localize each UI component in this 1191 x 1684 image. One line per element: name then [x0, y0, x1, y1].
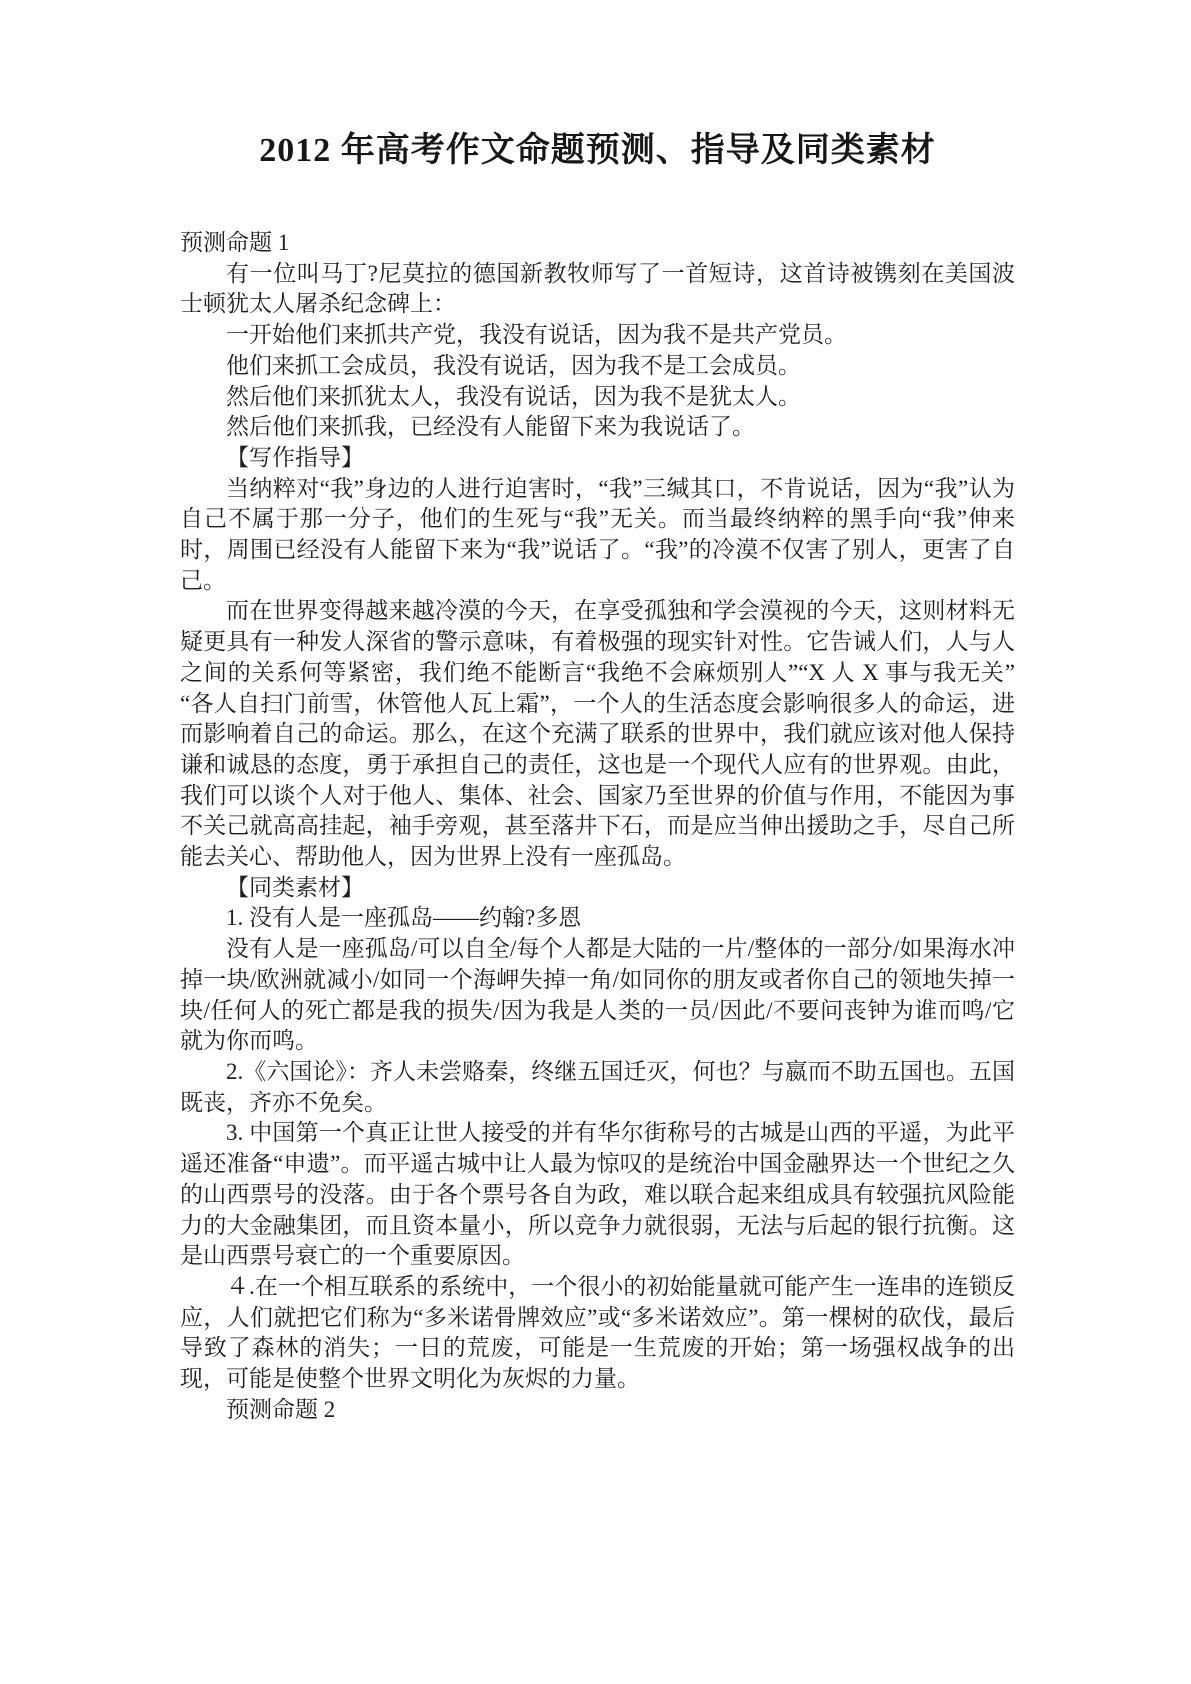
- paragraph-poem-line-3: 然后他们来抓犹太人，我没有说话，因为我不是犹太人。: [180, 382, 1015, 413]
- paragraph-intro: 有一位叫马丁?尼莫拉的德国新教牧师写了一首短诗，这首诗被镌刻在美国波士顿犹太人屠…: [180, 259, 1015, 320]
- section-heading-similar-materials: 【同类素材】: [180, 873, 1015, 904]
- paragraph-topic-label-2: 预测命题 2: [180, 1395, 1015, 1426]
- paragraph-guidance-2: 而在世界变得越来越冷漠的今天，在享受孤独和学会漠视的今天，这则材料无疑更具有一种…: [180, 596, 1015, 872]
- paragraph-material-1-body: 没有人是一座孤岛/可以自全/每个人都是大陆的一片/整体的一部分/如果海水冲掉一块…: [180, 934, 1015, 1057]
- paragraph-poem-line-4: 然后他们来抓我，已经没有人能留下来为我说话了。: [180, 412, 1015, 443]
- document-body: 预测命题 1 有一位叫马丁?尼莫拉的德国新教牧师写了一首短诗，这首诗被镌刻在美国…: [180, 228, 1015, 1425]
- paragraph-material-2: 2.《六国论》：齐人未尝赂秦，终继五国迁灭，何也？与嬴而不助五国也。五国既丧，齐…: [180, 1057, 1015, 1118]
- paragraph-topic-label-1: 预测命题 1: [180, 228, 1015, 259]
- paragraph-material-1-title: 1. 没有人是一座孤岛——约翰?多恩: [180, 903, 1015, 934]
- section-heading-writing-guidance: 【写作指导】: [180, 443, 1015, 474]
- paragraph-material-3: 3. 中国第一个真正让世人接受的并有华尔街称号的古城是山西的平遥，为此平遥还准备…: [180, 1118, 1015, 1272]
- paragraph-guidance-1: 当纳粹对“我”身边的人进行迫害时，“我”三缄其口，不肯说话，因为“我”认为自己不…: [180, 474, 1015, 597]
- paragraph-material-4: ４.在一个相互联系的系统中，一个很小的初始能量就可能产生一连串的连锁反应，人们就…: [180, 1272, 1015, 1395]
- document-title: 2012 年高考作文命题预测、指导及同类素材: [180, 130, 1015, 172]
- paragraph-poem-line-2: 他们来抓工会成员，我没有说话，因为我不是工会成员。: [180, 351, 1015, 382]
- paragraph-poem-line-1: 一开始他们来抓共产党，我没有说话，因为我不是共产党员。: [180, 320, 1015, 351]
- document-page: 2012 年高考作文命题预测、指导及同类素材 预测命题 1 有一位叫马丁?尼莫拉…: [0, 0, 1191, 1684]
